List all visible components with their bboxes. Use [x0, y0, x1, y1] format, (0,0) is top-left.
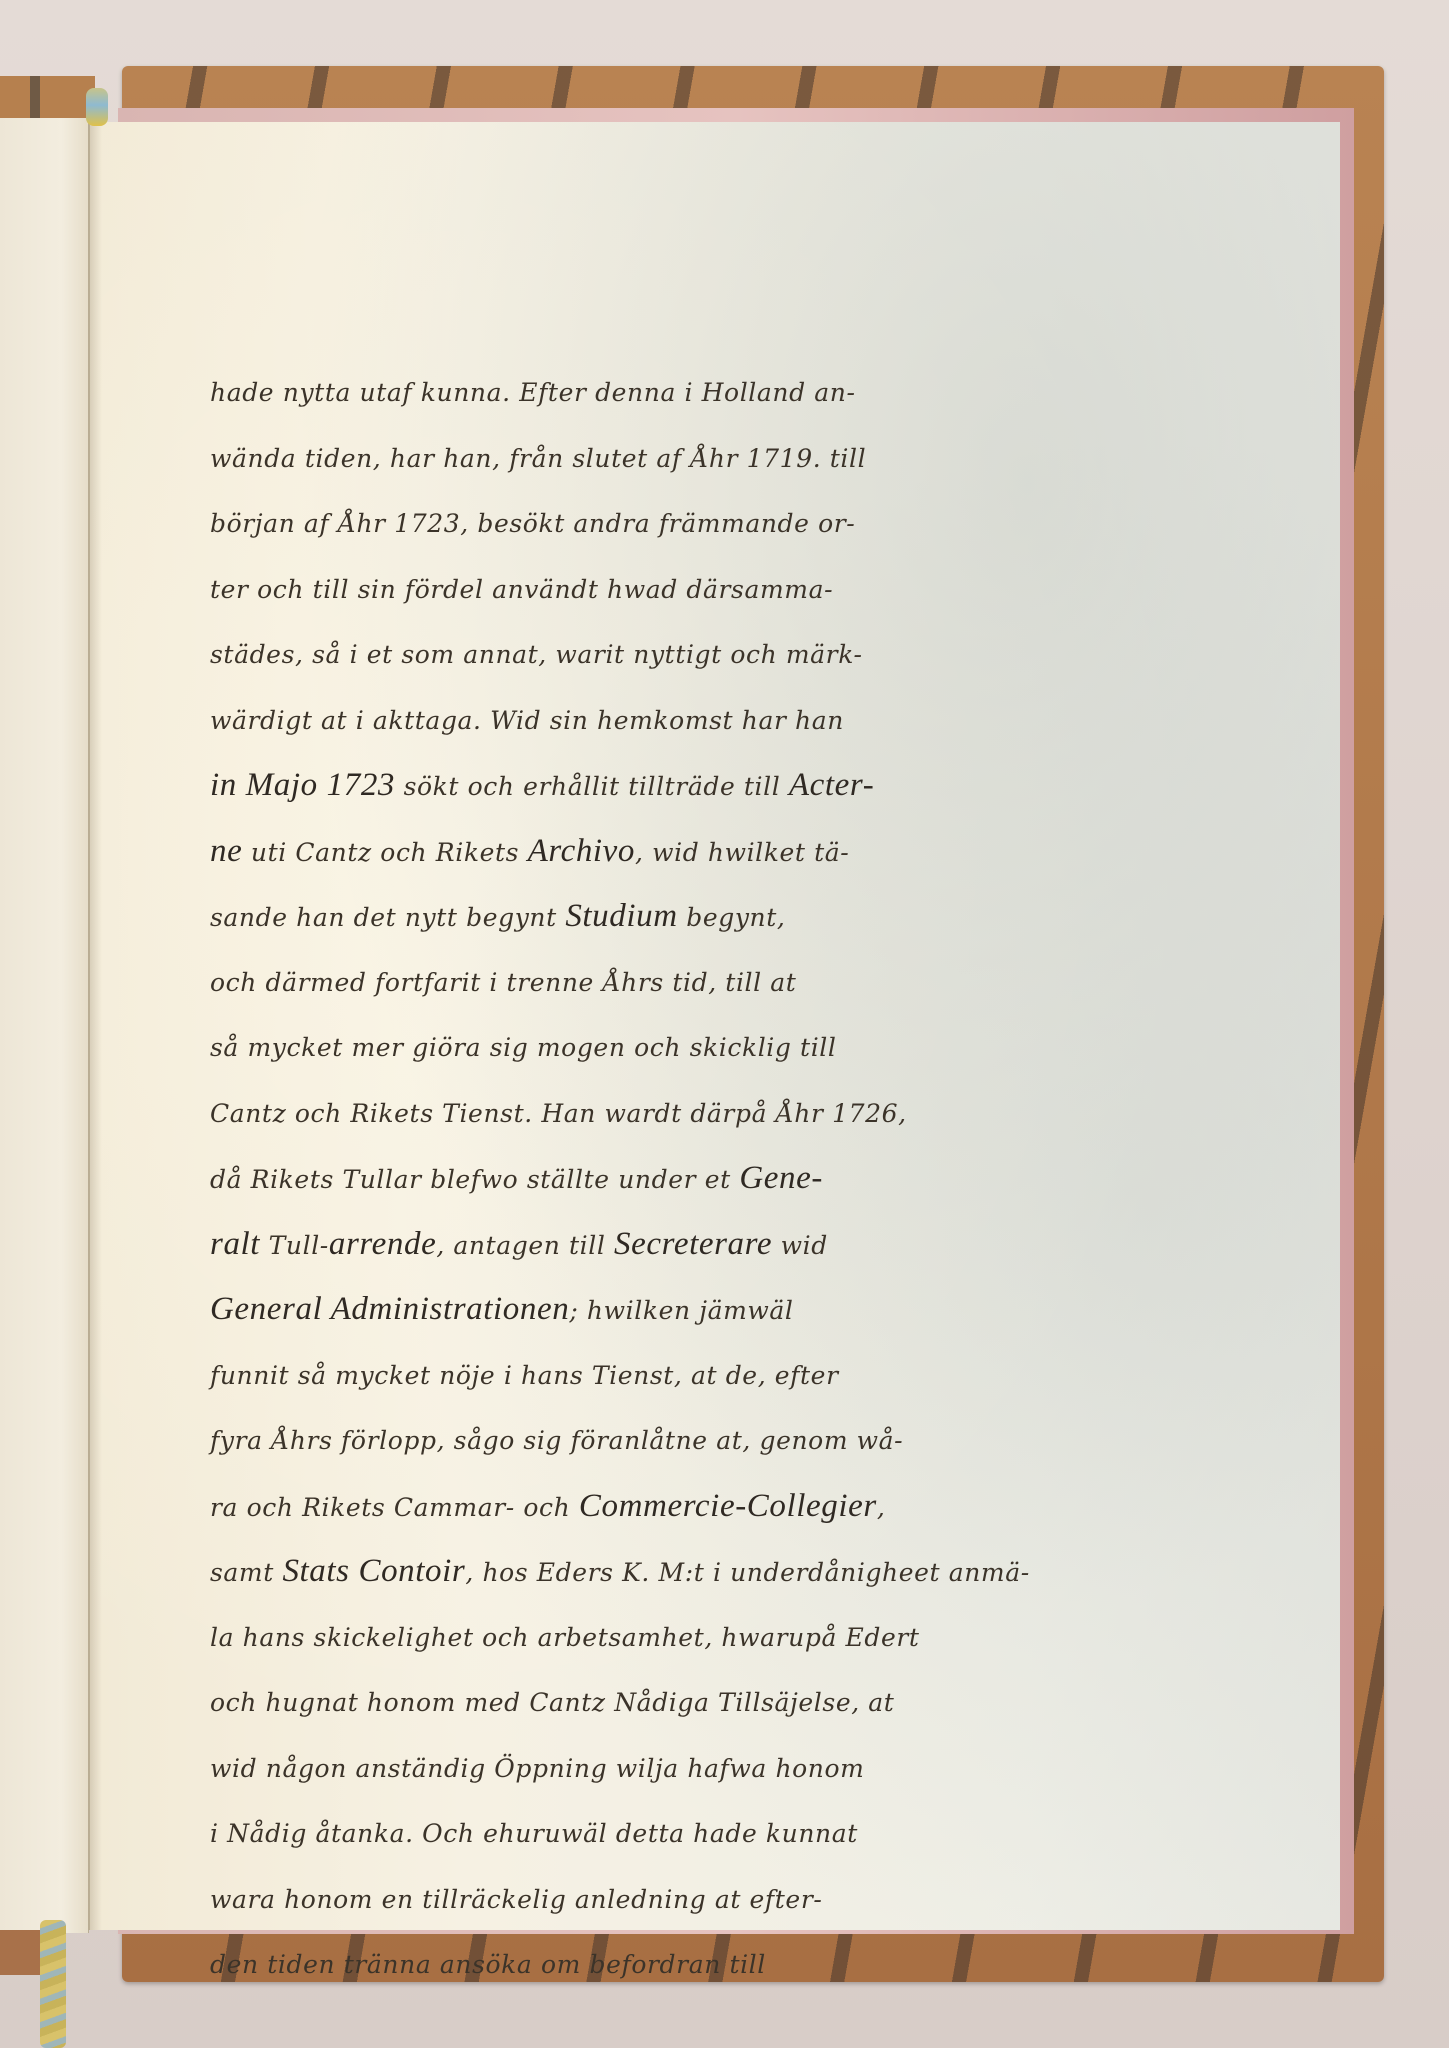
cursive-text: och hugnat honom med Cantz Nådiga Tillsä…	[210, 1688, 894, 1717]
manuscript-line: ter och till sin fördel användt hwad där…	[210, 557, 1090, 623]
cursive-text: wända tiden, har han, från slutet af Åhr…	[210, 444, 866, 473]
manuscript-line: då Rikets Tullar blefwo ställte under et…	[210, 1146, 1090, 1212]
manuscript-line: sande han det nytt begynt Studium begynt…	[210, 884, 1090, 950]
manuscript-line: in Majo 1723 sökt och erhållit tillträde…	[210, 753, 1090, 819]
cursive-text: då Rikets Tullar blefwo ställte under et	[210, 1165, 739, 1194]
manuscript-line: General Administrationen; hwilken jämwäl	[210, 1277, 1090, 1343]
manuscript-line: början af Åhr 1723, besökt andra främman…	[210, 491, 1090, 557]
manuscript-line: samt Stats Contoir, hos Eders K. M:t i u…	[210, 1539, 1090, 1605]
cursive-text: , hos Eders K. M:t i underdånigheet anmä…	[465, 1558, 1029, 1587]
cursive-text: wid	[772, 1231, 828, 1260]
cursive-text: ra och Rikets Cammar- och	[210, 1493, 579, 1522]
page-gutter	[88, 122, 102, 1930]
manuscript-line: fyra Åhrs förlopp, sågo sig föranlåtne a…	[210, 1408, 1090, 1474]
manuscript-line: ne uti Cantz och Rikets Archivo, wid hwi…	[210, 819, 1090, 885]
manuscript-line: städes, så i et som annat, warit nyttigt…	[210, 622, 1090, 688]
cursive-text: sökt och erhållit tillträde till	[395, 772, 789, 801]
manuscript-line: wara honom en tillräckelig anledning at …	[210, 1867, 1090, 1933]
cursive-text: la hans skickelighet och arbetsamhet, hw…	[210, 1623, 920, 1652]
cursive-text: Tull-	[260, 1231, 329, 1260]
manuscript-line: ra och Rikets Cammar- och Commercie-Coll…	[210, 1474, 1090, 1540]
bookmark-ribbon-top	[86, 88, 108, 126]
latin-script-word: General Administrationen	[210, 1291, 569, 1327]
manuscript-line: och därmed fortfarit i trenne Åhrs tid, …	[210, 950, 1090, 1016]
manuscript-line: la hans skickelighet och arbetsamhet, hw…	[210, 1605, 1090, 1671]
latin-script-word: Archivo	[528, 833, 635, 869]
latin-script-word: in Majo 1723	[210, 767, 395, 803]
latin-script-word: Stats Contoir	[282, 1553, 465, 1589]
cursive-text: hade nytta utaf kunna. Efter denna i Hol…	[210, 378, 856, 407]
left-page-edge	[0, 118, 89, 1933]
cursive-text: och därmed fortfarit i trenne Åhrs tid, …	[210, 968, 796, 997]
manuscript-line: och hugnat honom med Cantz Nådiga Tillsä…	[210, 1670, 1090, 1736]
cursive-text: fyra Åhrs förlopp, sågo sig föranlåtne a…	[210, 1426, 903, 1455]
latin-script-word: Commercie-Collegier	[579, 1488, 877, 1524]
cursive-text: begynt,	[678, 903, 786, 932]
latin-script-word: Secreterare	[614, 1226, 772, 1262]
cursive-text: den tiden tränna ansöka om befordran til…	[210, 1950, 766, 1979]
cursive-text: wid någon anständig Öppning wilja hafwa …	[210, 1754, 864, 1783]
left-cover-edge-bottom	[0, 1930, 40, 1975]
manuscript-line: den tiden tränna ansöka om befordran til…	[210, 1932, 1090, 1998]
latin-script-word: ne	[210, 833, 242, 869]
manuscript-line: wid någon anständig Öppning wilja hafwa …	[210, 1736, 1090, 1802]
manuscript-line: funnit så mycket nöje i hans Tienst, at …	[210, 1343, 1090, 1409]
cursive-text: wärdigt at i akttaga. Wid sin hemkomst h…	[210, 706, 844, 735]
cursive-text: samt	[210, 1558, 282, 1587]
latin-script-word: Acter-	[789, 767, 874, 803]
cursive-text: början af Åhr 1723, besökt andra främman…	[210, 509, 855, 538]
manuscript-line: i Nådig åtanka. Och ehuruwäl detta hade …	[210, 1801, 1090, 1867]
cursive-text: funnit så mycket nöje i hans Tienst, at …	[210, 1361, 839, 1390]
cursive-text: så mycket mer giöra sig mogen och skickl…	[210, 1033, 836, 1062]
manuscript-line: ralt Tull-arrende, antagen till Secreter…	[210, 1212, 1090, 1278]
bookmark-ribbon-bottom	[40, 1920, 66, 2048]
cursive-text: Cantz och Rikets Tienst. Han wardt därpå…	[210, 1099, 907, 1128]
cursive-text: , wid hwilket tä-	[635, 838, 849, 867]
cursive-text: städes, så i et som annat, warit nyttigt…	[210, 640, 863, 669]
cursive-text: ; hwilken jämwäl	[569, 1296, 793, 1325]
cursive-text: sande han det nytt begynt	[210, 903, 565, 932]
latin-script-word: arrende	[329, 1226, 436, 1262]
latin-script-word: Studium	[565, 898, 677, 934]
manuscript-line: wärdigt at i akttaga. Wid sin hemkomst h…	[210, 688, 1090, 754]
cursive-text: ter och till sin fördel användt hwad där…	[210, 575, 833, 604]
latin-script-word: Gene-	[739, 1160, 823, 1196]
cursive-text: wara honom en tillräckelig anledning at …	[210, 1885, 822, 1914]
cursive-text: i Nådig åtanka. Och ehuruwäl detta hade …	[210, 1819, 858, 1848]
left-cover-edge-top	[0, 76, 95, 124]
manuscript-line: hade nytta utaf kunna. Efter denna i Hol…	[210, 360, 1090, 426]
cursive-text: uti Cantz och Rikets	[242, 838, 527, 867]
handwritten-text-block: hade nytta utaf kunna. Efter denna i Hol…	[210, 360, 1090, 1998]
latin-script-word: ralt	[210, 1226, 260, 1262]
manuscript-line: wända tiden, har han, från slutet af Åhr…	[210, 426, 1090, 492]
cursive-text: ,	[877, 1493, 886, 1522]
manuscript-line: så mycket mer giöra sig mogen och skickl…	[210, 1015, 1090, 1081]
cursive-text: , antagen till	[436, 1231, 614, 1260]
manuscript-line: Cantz och Rikets Tienst. Han wardt därpå…	[210, 1081, 1090, 1147]
